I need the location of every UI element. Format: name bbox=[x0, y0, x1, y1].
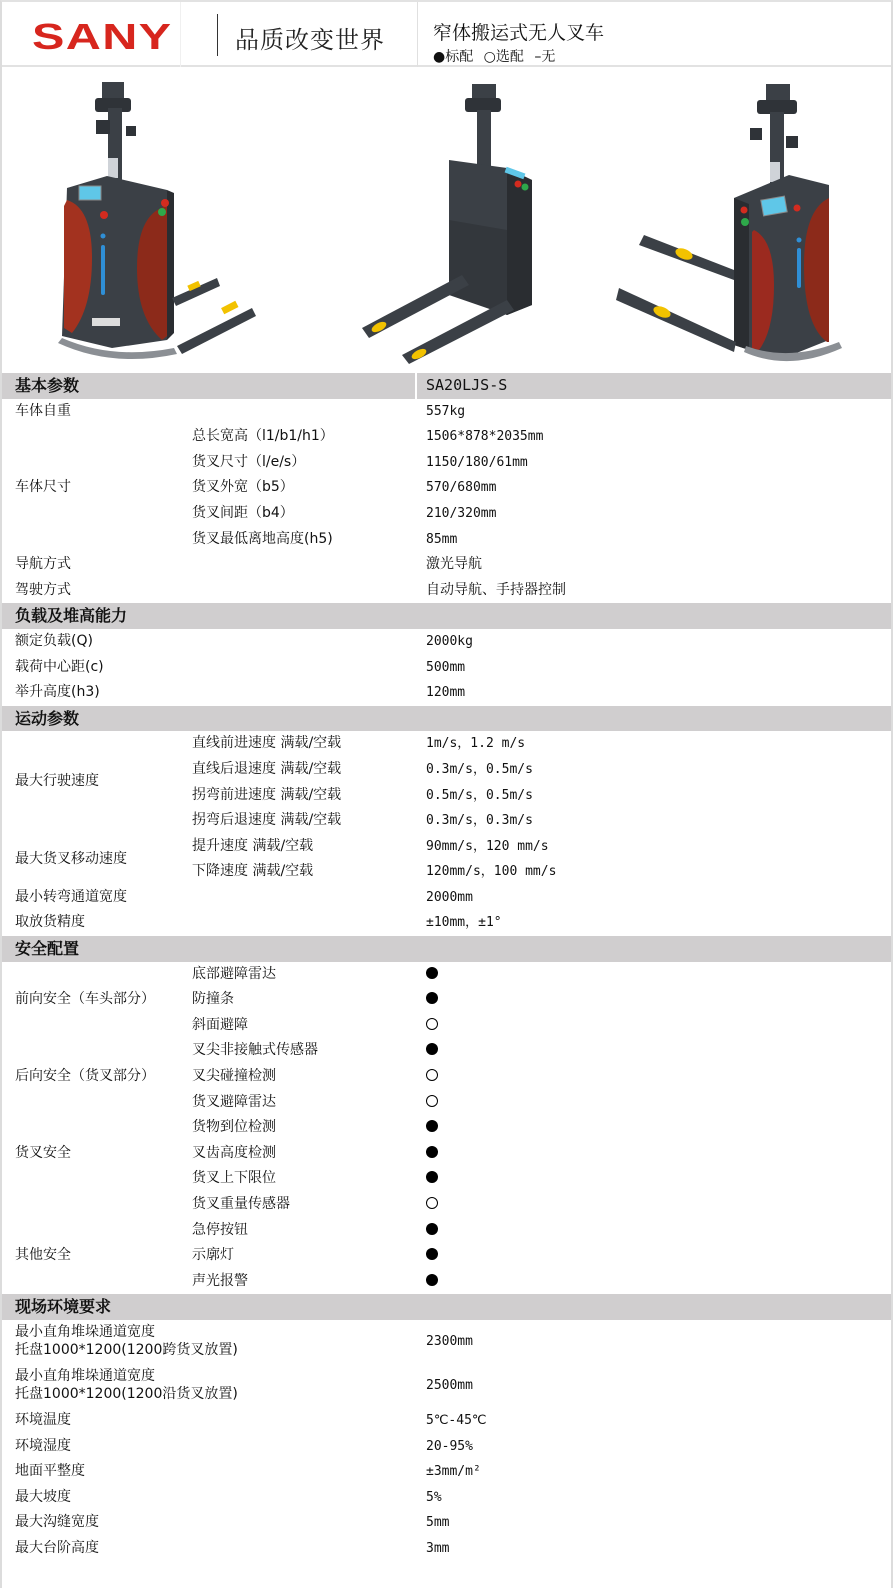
group-max-travel-speed: 最大行驶速度 直线前进速度 满载/空载1m/s，1.2 m/s 直线后退速度 满… bbox=[2, 731, 891, 833]
row-value: 0.3m/s，0.3m/s bbox=[426, 808, 533, 834]
row-value: 120mm/s，100 mm/s bbox=[426, 859, 556, 885]
standard-dot-icon bbox=[426, 1146, 438, 1158]
row-value: 500mm bbox=[426, 655, 465, 681]
row-sublabel: 直线前进速度 满载/空载 bbox=[192, 731, 341, 757]
row-label: 车体自重 bbox=[15, 399, 71, 425]
optional-dot-icon bbox=[426, 1018, 438, 1030]
row-sublabel: 货叉避障雷达 bbox=[192, 1090, 276, 1116]
brand-slogan: 品质改变世界 bbox=[235, 20, 385, 55]
table-row: 直线前进速度 满载/空载1m/s，1.2 m/s bbox=[2, 731, 891, 757]
table-row: 总长宽高（l1/b1/h1）1506*878*2035mm bbox=[2, 424, 891, 450]
row-label: 最小直角堆垛通道宽度托盘1000*1200(1200沿货叉放置) bbox=[15, 1367, 238, 1403]
row-label: 环境温度 bbox=[15, 1408, 71, 1434]
row-label: 最小转弯通道宽度 bbox=[15, 885, 127, 911]
table-row: 取放货精度±10mm，±1° bbox=[2, 910, 891, 936]
row-label-line2: 托盘1000*1200(1200跨货叉放置) bbox=[15, 1342, 238, 1358]
section-header-load: 负载及堆高能力 bbox=[2, 603, 891, 629]
table-row: 叉尖碰撞检测 bbox=[2, 1064, 891, 1090]
product-images bbox=[2, 68, 891, 373]
standard-dot-icon bbox=[426, 1248, 438, 1260]
forklift-side-view-image bbox=[614, 80, 854, 370]
section-divider bbox=[415, 373, 417, 399]
row-value: 85mm bbox=[426, 527, 457, 553]
row-value: 自动导航、手持器控制 bbox=[426, 578, 566, 604]
row-value: 2000kg bbox=[426, 629, 473, 655]
group-rear-safety: 后向安全（货叉部分） 叉尖非接触式传感器 叉尖碰撞检测 货叉避障雷达 bbox=[2, 1038, 891, 1115]
group-body-size: 车体尺寸 总长宽高（l1/b1/h1）1506*878*2035mm 货叉尺寸（… bbox=[2, 424, 891, 552]
table-row: 最大坡度5% bbox=[2, 1485, 891, 1511]
legend-optional-label: 选配 bbox=[496, 49, 524, 65]
table-row: 驾驶方式自动导航、手持器控制 bbox=[2, 578, 891, 604]
table-row: 拐弯前进速度 满载/空载0.5m/s，0.5m/s bbox=[2, 783, 891, 809]
row-value: 5% bbox=[426, 1485, 442, 1511]
row-label: 举升高度(h3) bbox=[15, 680, 100, 706]
table-row: 货叉上下限位 bbox=[2, 1166, 891, 1192]
table-row: 货叉避障雷达 bbox=[2, 1090, 891, 1116]
row-value: 3mm bbox=[426, 1536, 449, 1562]
row-label: 导航方式 bbox=[15, 552, 71, 578]
forklift-rear-view-image bbox=[357, 80, 547, 365]
table-row: 叉齿高度检测 bbox=[2, 1141, 891, 1167]
row-value: 90mm/s，120 mm/s bbox=[426, 834, 549, 860]
group-other-safety: 其他安全 急停按钮 示廓灯 声光报警 bbox=[2, 1218, 891, 1295]
row-value: 20-95% bbox=[426, 1434, 473, 1460]
row-sublabel: 下降速度 满载/空载 bbox=[192, 859, 313, 885]
table-row: 声光报警 bbox=[2, 1269, 891, 1295]
section-header-safety: 安全配置 bbox=[2, 936, 891, 962]
row-value: ±3mm/m² bbox=[426, 1459, 481, 1485]
table-row: 底部避障雷达 bbox=[2, 962, 891, 988]
row-value: 5mm bbox=[426, 1510, 449, 1536]
row-label: 载荷中心距(c) bbox=[15, 655, 104, 681]
table-row: 急停按钮 bbox=[2, 1218, 891, 1244]
table-row: 额定负载(Q)2000kg bbox=[2, 629, 891, 655]
legend: ●标配 ○选配 –无 bbox=[433, 46, 561, 66]
row-sublabel: 提升速度 满载/空载 bbox=[192, 834, 313, 860]
table-row: 最小直角堆垛通道宽度托盘1000*1200(1200沿货叉放置) 2500mm bbox=[2, 1364, 891, 1408]
table-row: 拐弯后退速度 满载/空载0.3m/s，0.3m/s bbox=[2, 808, 891, 834]
standard-dot-icon bbox=[426, 992, 438, 1004]
header-faint-divider bbox=[180, 2, 181, 67]
row-value: 激光导航 bbox=[426, 552, 482, 578]
table-row: 提升速度 满载/空载90mm/s，120 mm/s bbox=[2, 834, 891, 860]
row-sublabel: 斜面避障 bbox=[192, 1013, 248, 1039]
row-sublabel: 叉尖非接触式传感器 bbox=[192, 1038, 318, 1064]
section-title: 现场环境要求 bbox=[15, 1294, 111, 1320]
table-row: 最小转弯通道宽度2000mm bbox=[2, 885, 891, 911]
optional-dot-icon bbox=[426, 1069, 438, 1081]
row-value: 120mm bbox=[426, 680, 465, 706]
row-sublabel: 货叉重量传感器 bbox=[192, 1192, 290, 1218]
row-sublabel: 叉齿高度检测 bbox=[192, 1141, 276, 1167]
row-sublabel: 防撞条 bbox=[192, 987, 234, 1013]
section-title: 安全配置 bbox=[15, 936, 79, 962]
section-header-basic: 基本参数 SA20LJS-S bbox=[2, 373, 891, 399]
table-row: 货叉最低离地高度(h5)85mm bbox=[2, 527, 891, 553]
row-label: 地面平整度 bbox=[15, 1459, 85, 1485]
row-label-line1: 最小直角堆垛通道宽度 bbox=[15, 1324, 155, 1340]
group-fork-safety: 货叉安全 货物到位检测 叉齿高度检测 货叉上下限位 货叉重量传感器 bbox=[2, 1115, 891, 1217]
table-row: 货叉重量传感器 bbox=[2, 1192, 891, 1218]
table-row: 地面平整度±3mm/m² bbox=[2, 1459, 891, 1485]
table-row: 斜面避障 bbox=[2, 1013, 891, 1039]
section-header-environment: 现场环境要求 bbox=[2, 1294, 891, 1320]
filled-circle-icon: ● bbox=[433, 49, 445, 65]
section-title: 运动参数 bbox=[15, 706, 79, 732]
standard-dot-icon bbox=[426, 1043, 438, 1055]
row-label: 最大台阶高度 bbox=[15, 1536, 99, 1562]
forklift-front-view-image bbox=[52, 78, 262, 368]
row-value: 0.5m/s，0.5m/s bbox=[426, 783, 533, 809]
empty-circle-icon: ○ bbox=[484, 49, 496, 65]
row-sublabel: 底部避障雷达 bbox=[192, 962, 276, 988]
row-value: 1150/180/61mm bbox=[426, 450, 528, 476]
row-label: 驾驶方式 bbox=[15, 578, 71, 604]
section-header-motion: 运动参数 bbox=[2, 706, 891, 732]
group-max-fork-speed: 最大货叉移动速度 提升速度 满载/空载90mm/s，120 mm/s 下降速度 … bbox=[2, 834, 891, 885]
table-row: 示廓灯 bbox=[2, 1243, 891, 1269]
row-label-line1: 最小直角堆垛通道宽度 bbox=[15, 1368, 155, 1384]
row-sublabel: 货叉间距（b4） bbox=[192, 501, 294, 527]
standard-dot-icon bbox=[426, 1171, 438, 1183]
legend-none-label: 无 bbox=[541, 49, 555, 65]
sany-logo: SANY bbox=[32, 16, 172, 58]
row-label: 额定负载(Q) bbox=[15, 629, 93, 655]
table-row: 环境温度5℃-45℃ bbox=[2, 1408, 891, 1434]
legend-standard-label: 标配 bbox=[445, 49, 473, 65]
row-sublabel: 总长宽高（l1/b1/h1） bbox=[192, 424, 334, 450]
row-sublabel: 拐弯后退速度 满载/空载 bbox=[192, 808, 341, 834]
row-value: 0.3m/s，0.5m/s bbox=[426, 757, 533, 783]
row-sublabel: 急停按钮 bbox=[192, 1218, 248, 1244]
table-row: 最大沟缝宽度5mm bbox=[2, 1510, 891, 1536]
row-label: 最大坡度 bbox=[15, 1485, 71, 1511]
table-row: 举升高度(h3)120mm bbox=[2, 680, 891, 706]
row-value: 557kg bbox=[426, 399, 465, 425]
row-value: 1506*878*2035mm bbox=[426, 424, 543, 450]
table-row: 货叉尺寸（l/e/s）1150/180/61mm bbox=[2, 450, 891, 476]
section-title: 基本参数 bbox=[15, 373, 79, 399]
row-sublabel: 货叉尺寸（l/e/s） bbox=[192, 450, 305, 476]
standard-dot-icon bbox=[426, 1274, 438, 1286]
row-label: 取放货精度 bbox=[15, 910, 85, 936]
row-value: 5℃-45℃ bbox=[426, 1408, 487, 1434]
row-value: 570/680mm bbox=[426, 475, 496, 501]
row-sublabel: 声光报警 bbox=[192, 1269, 248, 1295]
row-value: 2500mm bbox=[426, 1364, 473, 1408]
table-row: 导航方式激光导航 bbox=[2, 552, 891, 578]
row-sublabel: 示廓灯 bbox=[192, 1243, 234, 1269]
header-column-divider bbox=[417, 2, 418, 67]
row-value: 1m/s，1.2 m/s bbox=[426, 731, 525, 757]
table-row: 叉尖非接触式传感器 bbox=[2, 1038, 891, 1064]
spec-table: 基本参数 SA20LJS-S 车体自重557kg 车体尺寸 总长宽高（l1/b1… bbox=[2, 373, 891, 1562]
optional-dot-icon bbox=[426, 1197, 438, 1209]
table-row: 货叉间距（b4）210/320mm bbox=[2, 501, 891, 527]
table-row: 防撞条 bbox=[2, 987, 891, 1013]
optional-dot-icon bbox=[426, 1095, 438, 1107]
row-value: 210/320mm bbox=[426, 501, 496, 527]
row-sublabel: 货物到位检测 bbox=[192, 1115, 276, 1141]
model-name: SA20LJS-S bbox=[426, 373, 507, 399]
standard-dot-icon bbox=[426, 967, 438, 979]
table-row: 货叉外宽（b5）570/680mm bbox=[2, 475, 891, 501]
group-front-safety: 前向安全（车头部分） 底部避障雷达 防撞条 斜面避障 bbox=[2, 962, 891, 1039]
standard-dot-icon bbox=[426, 1120, 438, 1132]
section-title: 负载及堆高能力 bbox=[15, 603, 127, 629]
document-title: 窄体搬运式无人叉车 bbox=[433, 18, 604, 45]
row-sublabel: 拐弯前进速度 满载/空载 bbox=[192, 783, 341, 809]
table-row: 环境湿度20-95% bbox=[2, 1434, 891, 1460]
table-row: 载荷中心距(c)500mm bbox=[2, 655, 891, 681]
row-label: 最小直角堆垛通道宽度托盘1000*1200(1200跨货叉放置) bbox=[15, 1323, 238, 1359]
row-label-line2: 托盘1000*1200(1200沿货叉放置) bbox=[15, 1386, 238, 1402]
table-row: 货物到位检测 bbox=[2, 1115, 891, 1141]
table-row: 最小直角堆垛通道宽度托盘1000*1200(1200跨货叉放置) 2300mm bbox=[2, 1320, 891, 1364]
page-header: SANY 品质改变世界 窄体搬运式无人叉车 ●标配 ○选配 –无 bbox=[2, 2, 891, 67]
row-value: ±10mm，±1° bbox=[426, 910, 502, 936]
row-sublabel: 货叉最低离地高度(h5) bbox=[192, 527, 333, 553]
table-row: 最大台阶高度3mm bbox=[2, 1536, 891, 1562]
standard-dot-icon bbox=[426, 1223, 438, 1235]
row-label: 最大沟缝宽度 bbox=[15, 1510, 99, 1536]
row-sublabel: 货叉外宽（b5） bbox=[192, 475, 294, 501]
row-sublabel: 叉尖碰撞检测 bbox=[192, 1064, 276, 1090]
row-sublabel: 货叉上下限位 bbox=[192, 1166, 276, 1192]
table-row: 下降速度 满载/空载120mm/s，100 mm/s bbox=[2, 859, 891, 885]
row-value: 2300mm bbox=[426, 1320, 473, 1364]
logo-separator bbox=[217, 14, 218, 56]
row-label: 环境湿度 bbox=[15, 1434, 71, 1460]
row-value: 2000mm bbox=[426, 885, 473, 911]
row-sublabel: 直线后退速度 满载/空载 bbox=[192, 757, 341, 783]
table-row: 直线后退速度 满载/空载0.3m/s，0.5m/s bbox=[2, 757, 891, 783]
table-row: 车体自重557kg bbox=[2, 399, 891, 425]
